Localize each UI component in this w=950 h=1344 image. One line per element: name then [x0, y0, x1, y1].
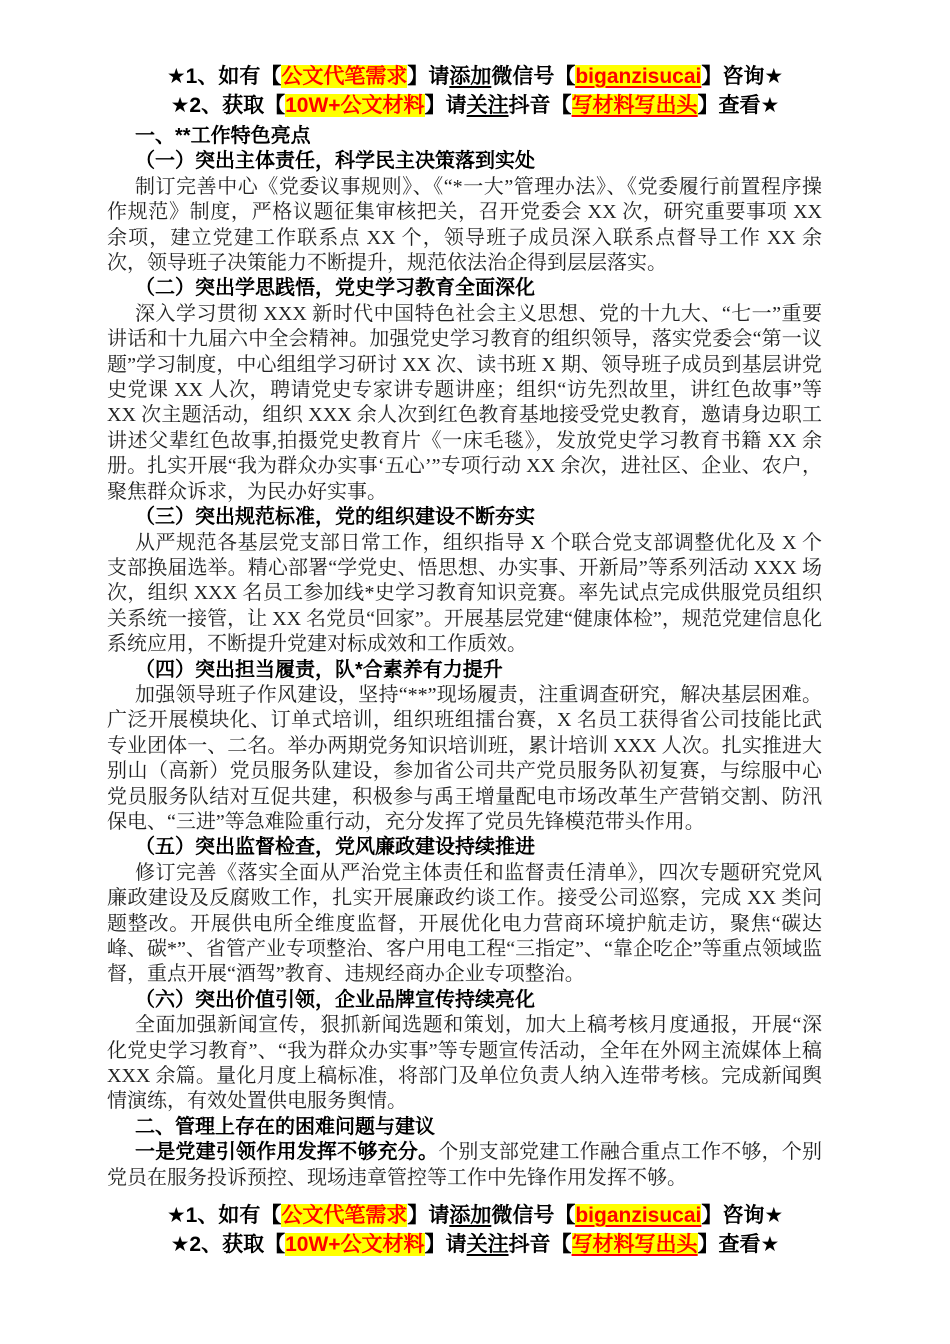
promo-text: ★2、获取【 [171, 1233, 286, 1256]
promo-text: 】请 [407, 65, 449, 88]
promo-text: ★1、如有【 [167, 65, 282, 88]
subsection-heading: （二）突出学思践悟，党史学习教育全面深化 [107, 276, 822, 301]
promo-text: 】查看★ [698, 94, 780, 117]
promo-text: 】咨询★ [701, 1204, 783, 1227]
promo-line-2: ★2、获取【10W+公文材料】请关注抖音【写材料写出头】查看★ [0, 91, 950, 120]
subsection-heading: （六）突出价值引领，企业品牌宣传持续亮化 [107, 988, 822, 1013]
section-heading: 一、**工作特色亮点 [107, 124, 822, 149]
promo-line-2: ★2、获取【10W+公文材料】请关注抖音【写材料写出头】查看★ [0, 1230, 950, 1259]
body-paragraph: 从严规范各基层党支部日常工作，组织指导 X 个联合党支部调整优化及 X 个支部换… [107, 531, 822, 658]
body-paragraph: 修订完善《落实全面从严治党主体责任和监督责任清单》，四次专题研究党风廉政建设及反… [107, 861, 822, 988]
promo-text: 】请 [407, 1204, 449, 1227]
body-paragraph: 加强领导班子作风建设，坚持“**”现场履责，注重调查研究，解决基层困难。广泛开展… [107, 683, 822, 835]
promo-text: 】查看★ [698, 1233, 780, 1256]
highlighted-phrase: 10W+公文材料 [285, 94, 424, 117]
highlighted-phrase: 10W+公文材料 [285, 1233, 424, 1256]
promo-text: 】咨询★ [701, 65, 783, 88]
promo-text: 微信号【 [491, 1204, 575, 1227]
underlined-word: 添加 [449, 65, 491, 88]
subsection-heading: （五）突出监督检查，党风廉政建设持续推进 [107, 835, 822, 860]
promo-text: ★2、获取【 [171, 94, 286, 117]
document-body: 一、**工作特色亮点（一）突出主体责任，科学民主决策落到实处制订完善中心《党委议… [107, 124, 822, 1191]
promo-text: 抖音【 [509, 1233, 572, 1256]
subsection-heading: （三）突出规范标准，党的组织建设不断夯实 [107, 505, 822, 530]
body-paragraph: 全面加强新闻宣传，狠抓新闻选题和策划，加大上稿考核月度通报，开展“深化党史学习教… [107, 1013, 822, 1115]
subsection-heading: （四）突出担当履责，队*合素养有力提升 [107, 658, 822, 683]
document-page: ★1、如有【公文代笔需求】请添加微信号【biganzisucai】咨询★★2、获… [0, 0, 950, 1344]
promo-line-1: ★1、如有【公文代笔需求】请添加微信号【biganzisucai】咨询★ [0, 62, 950, 91]
underlined-word: 关注 [467, 1233, 509, 1256]
promo-text: 】请 [425, 94, 467, 117]
highlighted-phrase: 写材料写出头 [572, 1233, 698, 1256]
promo-text: ★1、如有【 [167, 1204, 282, 1227]
body-paragraph: 一是党建引领作用发挥不够充分。个别支部党建工作融合重点工作不够，个别党员在服务投… [107, 1140, 822, 1191]
highlighted-phrase: biganzisucai [575, 65, 701, 88]
highlighted-phrase: 公文代笔需求 [281, 1204, 407, 1227]
underlined-word: 添加 [449, 1204, 491, 1227]
promo-text: 抖音【 [509, 94, 572, 117]
body-paragraph: 制订完善中心《党委议事规则》、《“*一大”管理办法》、《党委履行前置程序操作规范… [107, 175, 822, 277]
promo-banner-bottom: ★1、如有【公文代笔需求】请添加微信号【biganzisucai】咨询★★2、获… [0, 1201, 950, 1259]
highlighted-phrase: 写材料写出头 [572, 94, 698, 117]
body-paragraph: 深入学习贯彻 XXX 新时代中国特色社会主义思想、党的十九大、“七一”重要讲话和… [107, 302, 822, 505]
promo-banner-top: ★1、如有【公文代笔需求】请添加微信号【biganzisucai】咨询★★2、获… [0, 62, 950, 120]
promo-text: 微信号【 [491, 65, 575, 88]
highlighted-phrase: biganzisucai [575, 1204, 701, 1227]
subsection-heading: （一）突出主体责任，科学民主决策落到实处 [107, 149, 822, 174]
section-heading: 二、管理上存在的困难问题与建议 [107, 1115, 822, 1140]
underlined-word: 关注 [467, 94, 509, 117]
bold-lead-sentence: 一是党建引领作用发挥不够充分。 [135, 1141, 438, 1163]
promo-text: 】请 [425, 1233, 467, 1256]
promo-line-1: ★1、如有【公文代笔需求】请添加微信号【biganzisucai】咨询★ [0, 1201, 950, 1230]
highlighted-phrase: 公文代笔需求 [281, 65, 407, 88]
